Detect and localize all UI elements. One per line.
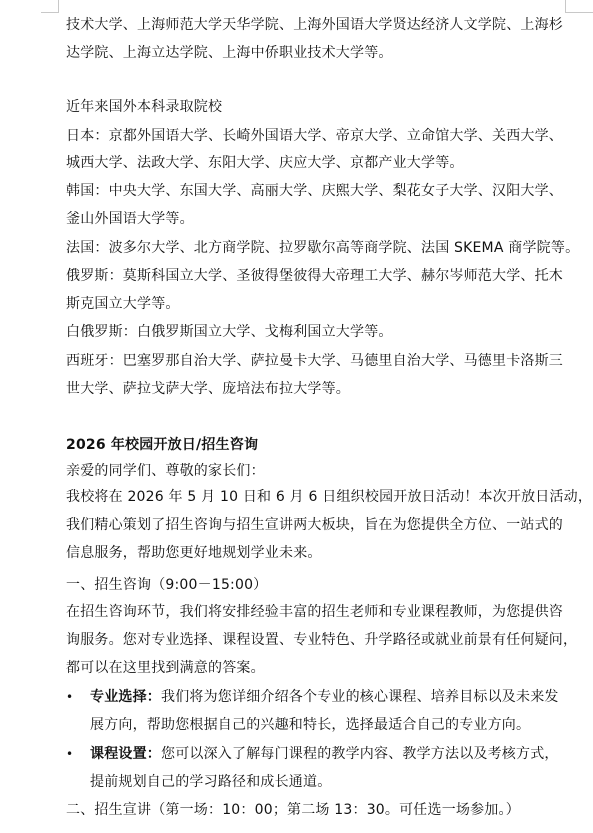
open-day-intro-line: 我校将在 2026 年 5 月 10 日和 6 月 6 日组织校园开放日活动！本… [66, 487, 592, 507]
open-day-intro-line: 信息服务，帮助您更好地规划学业未来。 [66, 543, 322, 563]
intro-line: 技术大学、上海师范大学天华学院、上海外国语大学贤达经济人文学院、上海杉 [66, 15, 563, 35]
overseas-line: 日本：京都外国语大学、长崎外国语大学、帝京大学、立命馆大学、关西大学、 [66, 126, 563, 146]
overseas-line: 世大学、萨拉戈萨大学、庞培法布拉大学等。 [66, 379, 350, 399]
overseas-title: 近年来国外本科录取院校 [66, 97, 222, 117]
bullet-text: 我们将为您详细介绍各个专业的核心课程、培养目标以及未来发 [161, 689, 559, 705]
overseas-line: 韩国：中央大学、东国大学、高丽大学、庆熙大学、梨花女子大学、汉阳大学、 [66, 181, 563, 201]
bullet-label: 专业选择： [90, 689, 161, 705]
bullet-item-courses: 课程设置：您可以深入了解每门课程的教学内容、教学方法以及考核方式， [90, 744, 559, 764]
section1-line: 都可以在这里找到满意的答案。 [66, 658, 265, 678]
bullet-text-cont: 展方向，帮助您根据自己的兴趣和特长，选择最适合自己的专业方向。 [90, 715, 530, 735]
bullet-item-major: 专业选择：我们将为您详细介绍各个专业的核心课程、培养目标以及未来发 [90, 687, 559, 707]
bullet-label: 课程设置： [90, 746, 161, 762]
bullet-icon: • [66, 744, 73, 764]
overseas-line: 西班牙：巴塞罗那自治大学、萨拉曼卡大学、马德里自治大学、马德里卡洛斯三 [66, 351, 563, 371]
greeting: 亲爱的同学们、尊敬的家长们： [66, 461, 265, 481]
intro-line: 达学院、上海立达学院、上海中侨职业技术大学等。 [66, 43, 393, 63]
section1-line: 询服务。您对专业选择、课程设置、专业特色、升学路径或就业前景有任何疑问， [66, 630, 577, 650]
overseas-line: 釜山外国语大学等。 [66, 209, 194, 229]
bullet-icon: • [66, 687, 73, 707]
page-margin-marker-right [565, 0, 593, 13]
section2-title: 二、招生宣讲（第一场：10：00；第二场 13：30。可任选一场参加。） [66, 800, 520, 820]
overseas-line: 斯克国立大学等。 [66, 294, 180, 314]
overseas-line: 俄罗斯：莫斯科国立大学、圣彼得堡彼得大帝理工大学、赫尔岑师范大学、托木 [66, 266, 563, 286]
page-margin-marker-left [41, 0, 59, 13]
overseas-line: 法国：波多尔大学、北方商学院、拉罗歇尔高等商学院、法国 SKEMA 商学院等。 [66, 238, 579, 258]
open-day-intro-line: 我们精心策划了招生咨询与招生宣讲两大板块，旨在为您提供全方位、一站式的 [66, 515, 563, 535]
bullet-text: 您可以深入了解每门课程的教学内容、教学方法以及考核方式， [161, 746, 559, 762]
overseas-line: 白俄罗斯：白俄罗斯国立大学、戈梅利国立大学等。 [66, 322, 393, 342]
section1-line: 在招生咨询环节，我们将安排经验丰富的招生老师和专业课程教师，为您提供咨 [66, 602, 563, 622]
bullet-text-cont: 提前规划自己的学习路径和成长通道。 [90, 772, 331, 792]
open-day-heading: 2026 年校园开放日/招生咨询 [66, 435, 258, 455]
overseas-line: 城西大学、法政大学、东阳大学、庆应大学、京都产业大学等。 [66, 153, 464, 173]
section1-title: 一、招生咨询（9:00－15:00） [66, 575, 267, 595]
